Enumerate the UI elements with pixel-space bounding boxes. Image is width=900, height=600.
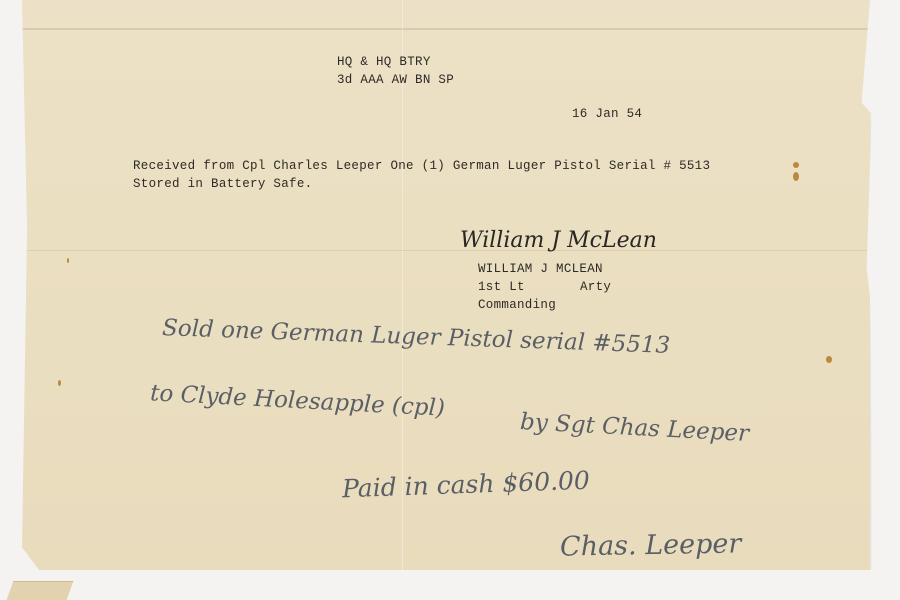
handwritten-seller-signature: Chas. Leeper bbox=[560, 528, 742, 562]
fold-crease-top bbox=[22, 28, 870, 30]
receipt-text-line2: Stored in Battery Safe. bbox=[133, 176, 312, 193]
fold-crease-horizontal bbox=[22, 250, 870, 251]
paper-scrap bbox=[7, 581, 74, 600]
rust-stain bbox=[793, 162, 799, 168]
rust-stain bbox=[67, 258, 69, 263]
rust-stain bbox=[826, 356, 832, 363]
rust-stain bbox=[58, 380, 61, 386]
rust-stain bbox=[793, 172, 799, 181]
officer-name: WILLIAM J MCLEAN bbox=[478, 261, 603, 278]
officer-rank: 1st Lt bbox=[478, 279, 525, 296]
unit-header-line1: HQ & HQ BTRY bbox=[337, 54, 431, 71]
officer-signature: William J McLean bbox=[460, 228, 657, 253]
receipt-text-line1: Received from Cpl Charles Leeper One (1)… bbox=[133, 158, 710, 175]
officer-branch: Arty bbox=[580, 279, 611, 296]
document-date: 16 Jan 54 bbox=[572, 106, 642, 123]
unit-header-line2: 3d AAA AW BN SP bbox=[337, 72, 454, 89]
officer-title: Commanding bbox=[478, 297, 556, 314]
